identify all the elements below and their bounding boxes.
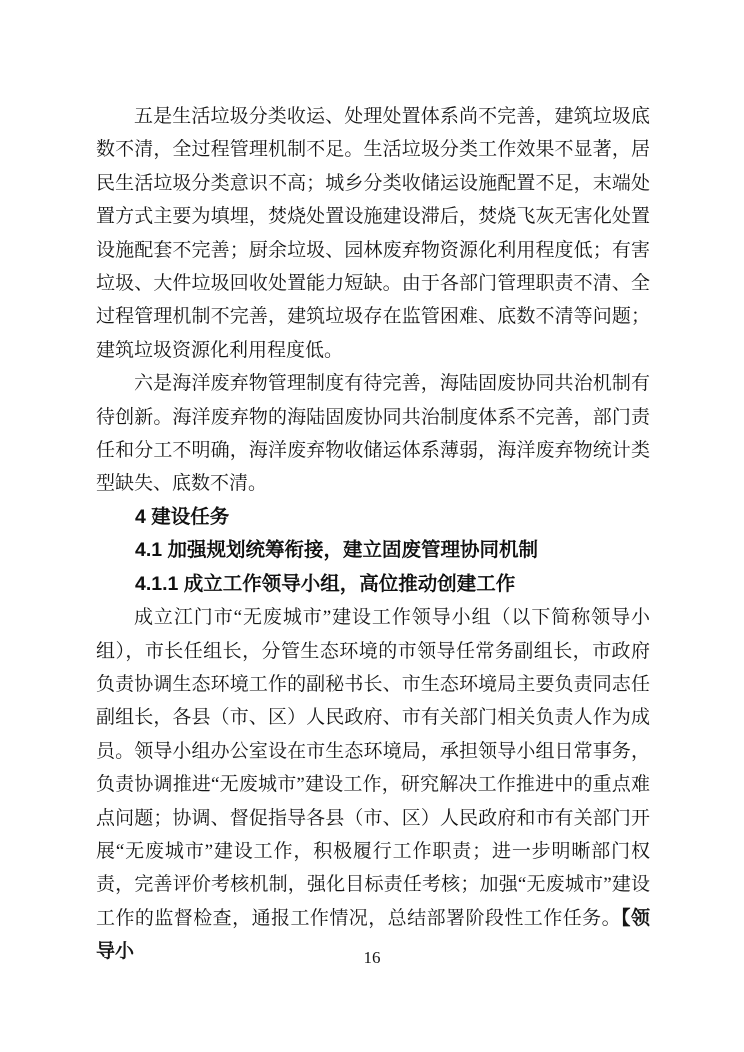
paragraph-issue-six: 六是海洋废弃物管理制度有待完善，海陆固废协同共治机制有待创新。海洋废弃物的海陆固… [96,367,650,501]
heading-section-4-1-1: 4.1.1 成立工作领导小组，高位推动创建工作 [96,568,650,601]
page-body: 五是生活垃圾分类收运、处理处置体系尚不完善，建筑垃圾底数不清，全过程管理机制不足… [96,100,650,969]
page-number: 16 [364,948,381,967]
heading-section-4: 4 建设任务 [96,501,650,534]
page-footer: 16 [0,946,744,970]
paragraph-issue-five: 五是生活垃圾分类收运、处理处置体系尚不完善，建筑垃圾底数不清，全过程管理机制不足… [96,100,650,367]
paragraph-leading-group-text: 成立江门市“无废城市”建设工作领导小组（以下简称领导小组），市长任组长，分管生态… [96,607,650,929]
document-page: 五是生活垃圾分类收运、处理处置体系尚不完善，建筑垃圾底数不清，全过程管理机制不足… [0,0,744,1052]
heading-section-4-1: 4.1 加强规划统筹衔接，建立固废管理协同机制 [96,534,650,567]
paragraph-leading-group: 成立江门市“无废城市”建设工作领导小组（以下简称领导小组），市长任组长，分管生态… [96,601,650,968]
